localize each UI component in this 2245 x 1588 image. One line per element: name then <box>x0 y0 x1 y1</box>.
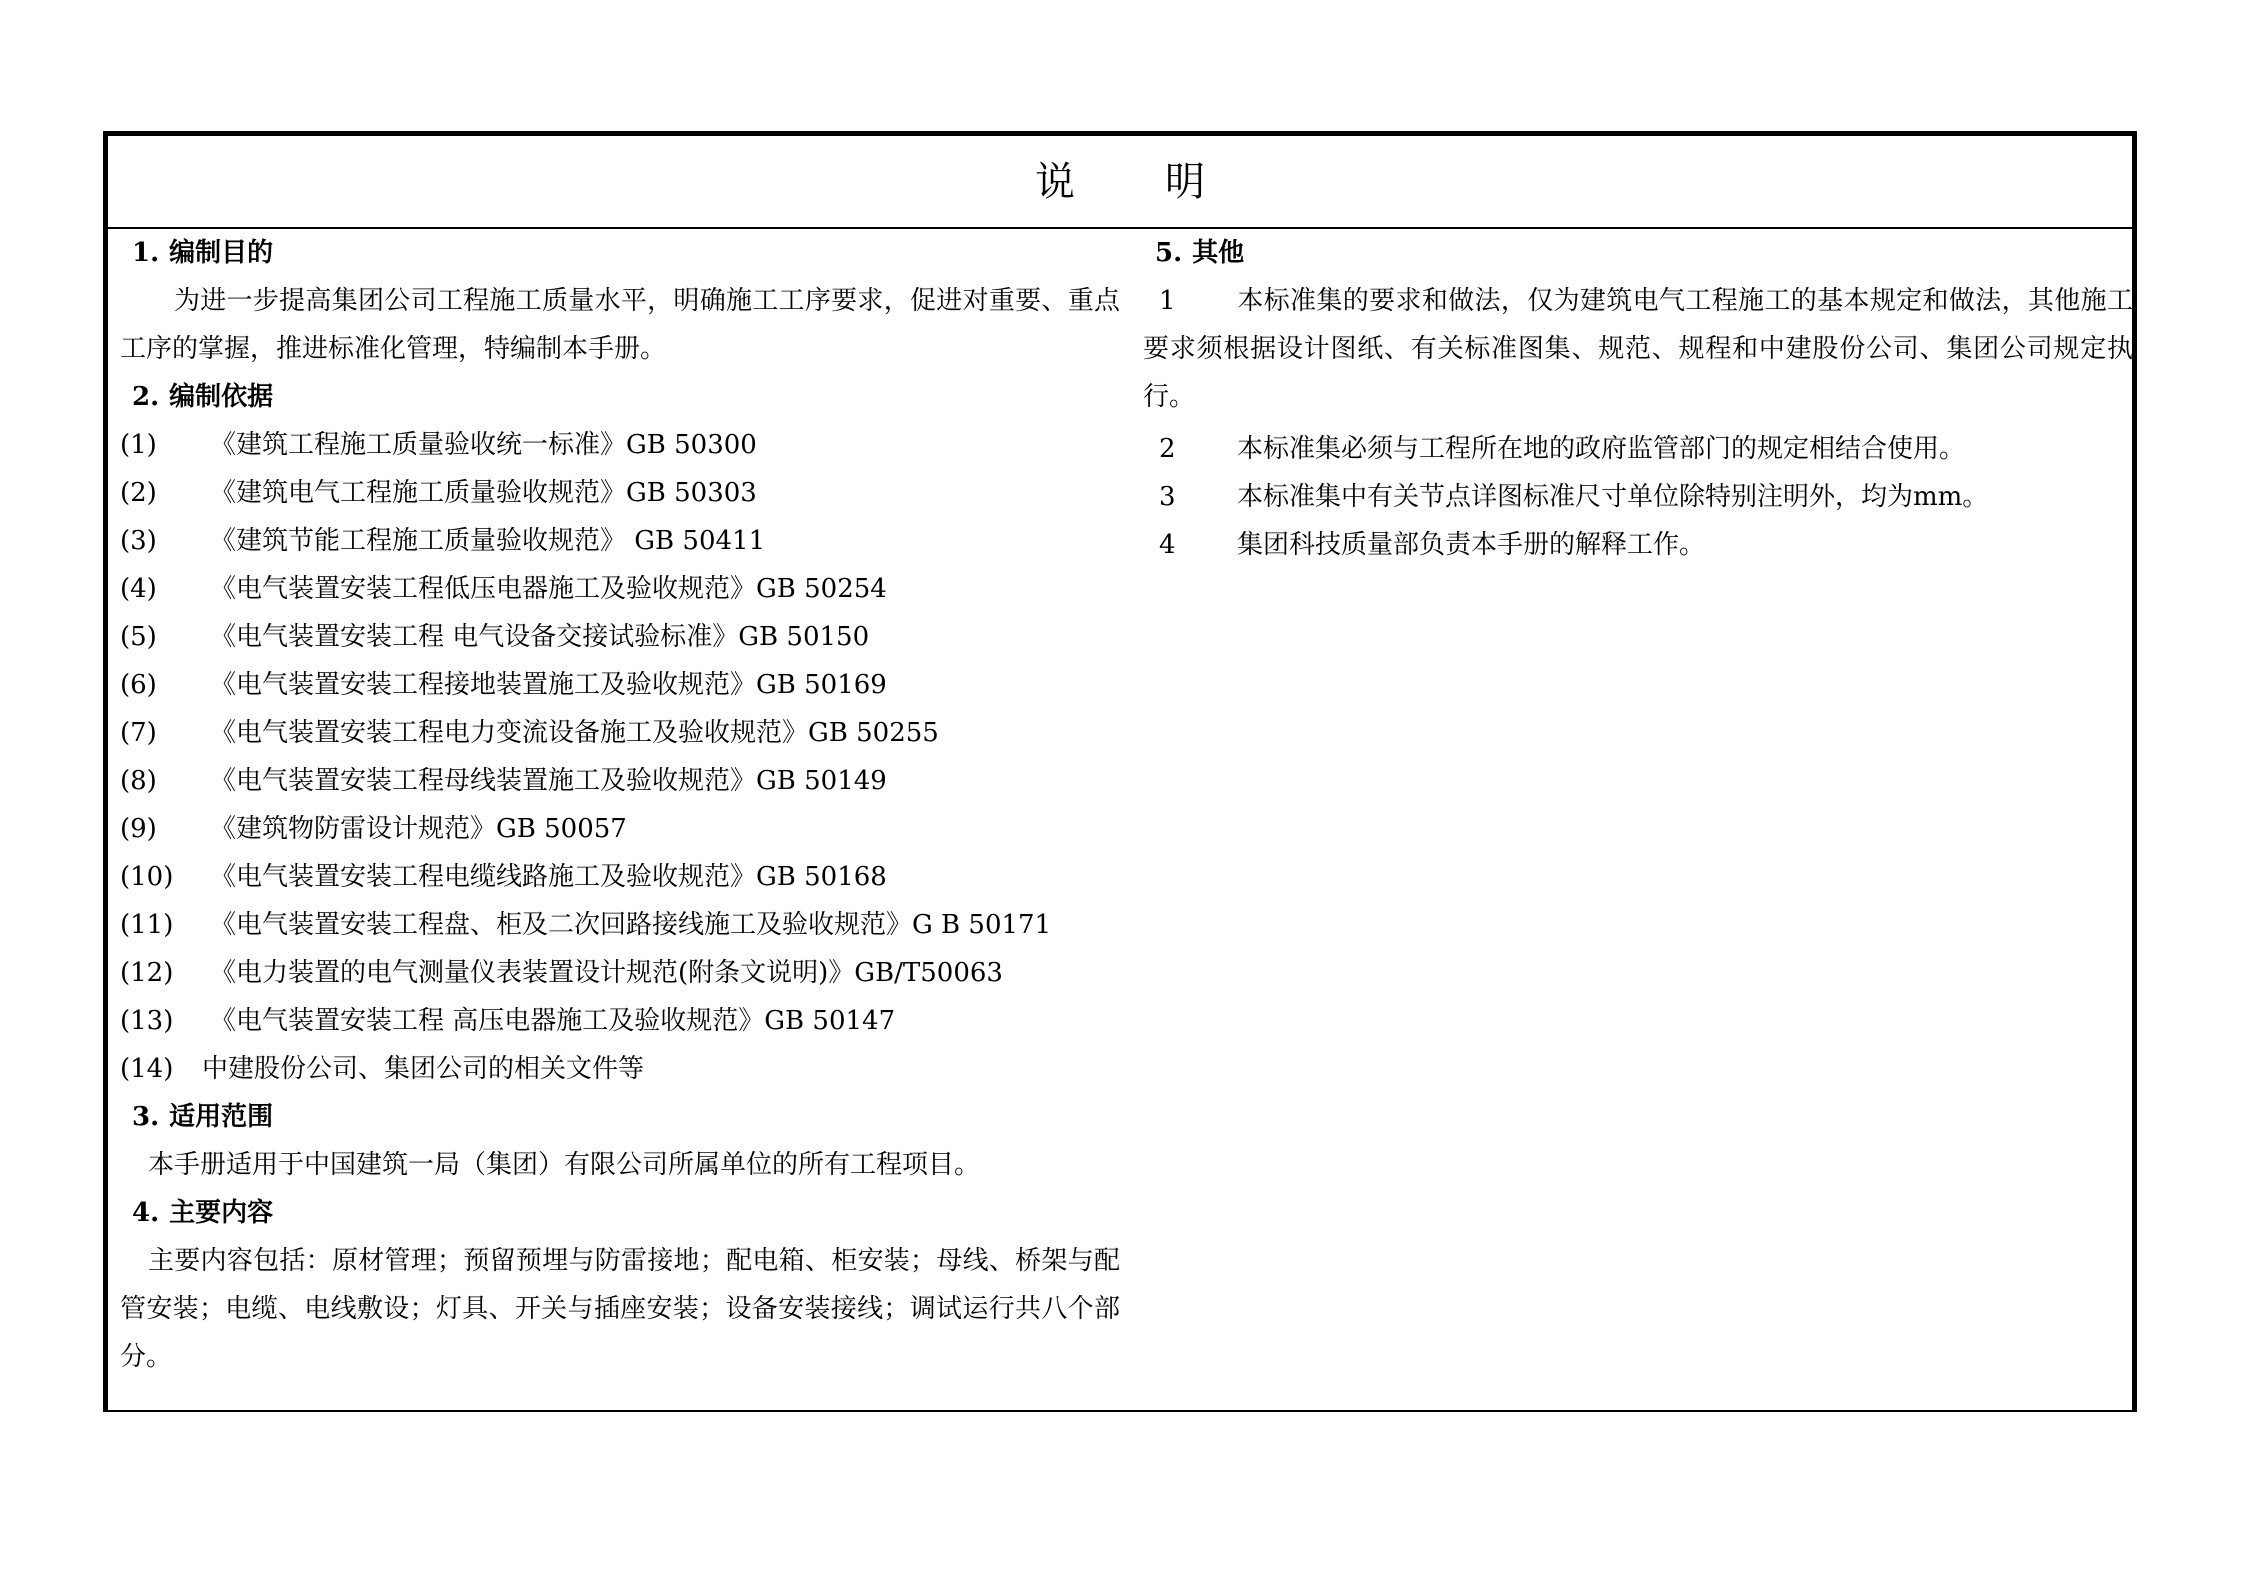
title-char: 说 <box>1035 162 1075 202</box>
list-item: (3)《建筑节能工程施工质量验收规范》 GB 50411 <box>120 517 1120 565</box>
list-item: (5)《电气装置安装工程 电气设备交接试验标准》GB 50150 <box>120 613 1120 661</box>
left-column: 1.编制目的 为进一步提高集团公司工程施工质量水平，明确施工工序要求，促进对重要… <box>120 229 1120 1381</box>
list-item: (1)《建筑工程施工质量验收统一标准》GB 50300 <box>120 421 1120 469</box>
list-item: (10)《电气装置安装工程电缆线路施工及验收规范》GB 50168 <box>120 853 1120 901</box>
document-frame: 说 明 1.编制目的 为进一步提高集团公司工程施工质量水平，明确施工工序要求，促… <box>103 131 2137 1412</box>
section-heading-scope: 3.适用范围 <box>120 1093 1120 1141</box>
right-column: 5.其他 1本标准集的要求和做法，仅为建筑电气工程施工的基本规定和做法，其他施工… <box>1143 229 2133 569</box>
list-item: (8)《电气装置安装工程母线装置施工及验收规范》GB 50149 <box>120 757 1120 805</box>
list-item: (13)《电气装置安装工程 高压电器施工及验收规范》GB 50147 <box>120 997 1120 1045</box>
list-item: (4)《电气装置安装工程低压电器施工及验收规范》GB 50254 <box>120 565 1120 613</box>
section-heading-content: 4.主要内容 <box>120 1189 1120 1237</box>
page-title: 说 明 <box>1035 162 1205 202</box>
purpose-body: 为进一步提高集团公司工程施工质量水平，明确施工工序要求，促进对重要、重点工序的掌… <box>120 277 1120 373</box>
title-char: 明 <box>1165 162 1205 202</box>
list-item: (11)《电气装置安装工程盘、柜及二次回路接线施工及验收规范》G B 50171 <box>120 901 1120 949</box>
section-heading-basis: 2.编制依据 <box>120 373 1120 421</box>
list-item: (6)《电气装置安装工程接地装置施工及验收规范》GB 50169 <box>120 661 1120 709</box>
scope-body: 本手册适用于中国建筑一局（集团）有限公司所属单位的所有工程项目。 <box>120 1141 1120 1189</box>
list-item: (7)《电气装置安装工程电力变流设备施工及验收规范》GB 50255 <box>120 709 1120 757</box>
other-item-4: 4集团科技质量部负责本手册的解释工作。 <box>1143 521 2133 569</box>
basis-list: (1)《建筑工程施工质量验收统一标准》GB 50300 (2)《建筑电气工程施工… <box>120 421 1120 1093</box>
other-item-2: 2本标准集必须与工程所在地的政府监管部门的规定相结合使用。 <box>1143 425 2133 473</box>
list-item: (2)《建筑电气工程施工质量验收规范》GB 50303 <box>120 469 1120 517</box>
list-item: (14)中建股份公司、集团公司的相关文件等 <box>120 1045 1120 1093</box>
content-body: 主要内容包括：原材管理；预留预埋与防雷接地；配电箱、柜安装；母线、桥架与配管安装… <box>120 1237 1120 1381</box>
other-item-3: 3本标准集中有关节点详图标准尺寸单位除特别注明外，均为mm。 <box>1143 473 2133 521</box>
list-item: (12)《电力装置的电气测量仪表装置设计规范(附条文说明)》GB/T50063 <box>120 949 1120 997</box>
section-heading-other: 5.其他 <box>1143 229 2133 277</box>
other-item-1: 1本标准集的要求和做法，仅为建筑电气工程施工的基本规定和做法，其他施工要求须根据… <box>1143 277 2133 421</box>
list-item: (9)《建筑物防雷设计规范》GB 50057 <box>120 805 1120 853</box>
title-row: 说 明 <box>108 136 2132 229</box>
section-heading-purpose: 1.编制目的 <box>120 229 1120 277</box>
